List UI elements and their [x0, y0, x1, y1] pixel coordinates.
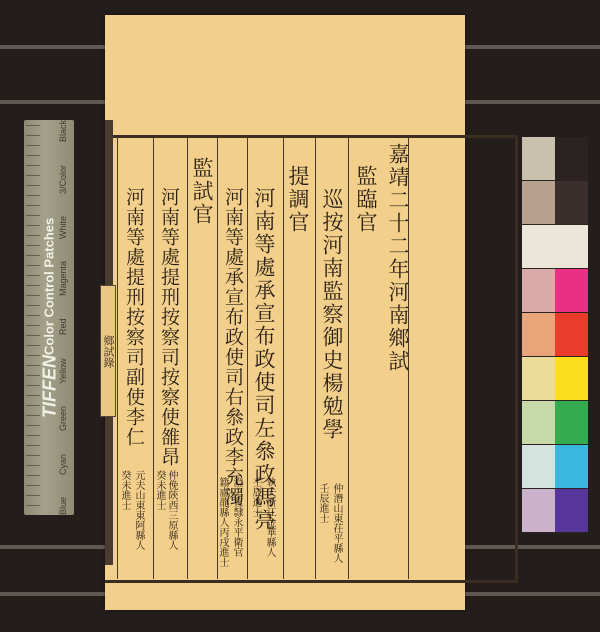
official-note: 壬辰進士 — [316, 483, 328, 523]
patch — [522, 313, 555, 356]
patch — [555, 137, 588, 180]
official-note: 仲潛山東茌平縣人 — [330, 483, 342, 563]
patch — [522, 225, 588, 268]
patch — [555, 181, 588, 224]
official-entry: 巡按河南監察御史楊勉學 — [319, 188, 345, 441]
color-label: Yellow — [58, 358, 72, 384]
patch — [555, 313, 588, 356]
office-label: 提調官 — [285, 165, 311, 234]
tiffen-color-strip: TIFFEN Color Control Patches Blue Cyan G… — [24, 120, 74, 515]
column-rule — [153, 137, 154, 579]
office-label: 監試官 — [189, 157, 215, 226]
official-note: 壬辰進士 — [249, 477, 261, 517]
color-label: White — [58, 216, 72, 239]
patch — [522, 357, 555, 400]
column-rule — [283, 137, 284, 579]
document-page: 嘉靖二十二年河南鄉試 監臨官 巡按河南監察御史楊勉學 仲潛山東茌平縣人 壬辰進士… — [105, 15, 465, 610]
column-rule — [187, 137, 188, 579]
office-label: 監臨官 — [353, 165, 379, 234]
color-label: Cyan — [58, 454, 72, 475]
color-label: Black — [58, 120, 72, 142]
patch — [522, 401, 555, 444]
color-label: Blue — [58, 497, 72, 515]
color-label: Green — [58, 406, 72, 431]
color-patch-chart — [522, 137, 588, 533]
official-note: 籍盧龍縣人丙戌進士 — [216, 477, 228, 567]
patch — [555, 401, 588, 444]
official-note: 癸未進士 — [118, 470, 130, 510]
patch — [522, 445, 555, 488]
patch — [522, 181, 555, 224]
official-note: 元夫山東東阿縣人 — [132, 470, 144, 550]
patch — [555, 489, 588, 532]
patch — [555, 357, 588, 400]
official-note: 癸未進士 — [153, 470, 165, 510]
fold-label: 鄉試錄 — [100, 285, 116, 417]
color-label: 3/Color — [58, 165, 72, 194]
color-label: Red — [58, 319, 72, 336]
official-note: 執夫浙江金華縣人 — [263, 477, 275, 557]
patch — [555, 445, 588, 488]
official-entry: 河南等處提刑按察司副使李仁 — [122, 187, 146, 447]
official-entry: 河南等處提刑按察司按察使雒昂 — [157, 187, 181, 467]
color-label: Magenta — [58, 261, 72, 296]
column-rule — [348, 137, 349, 579]
patch — [522, 489, 555, 532]
tiffen-title: Color Control Patches — [42, 217, 57, 354]
patch — [522, 137, 555, 180]
patch — [555, 269, 588, 312]
column-rule — [117, 137, 118, 579]
official-entry: 河南等處承宣布政使司右叅政李充濁 — [221, 187, 245, 507]
tiffen-color-labels: Blue Cyan Green Yellow Red Magenta White… — [58, 120, 72, 515]
official-note: 仲俛陝西三原縣人 — [165, 470, 177, 550]
patch — [522, 269, 555, 312]
document-title: 嘉靖二十二年河南鄉試 — [385, 143, 411, 373]
column-rule — [247, 137, 248, 579]
official-note: 澄之直隸永平衛官 — [230, 477, 242, 557]
